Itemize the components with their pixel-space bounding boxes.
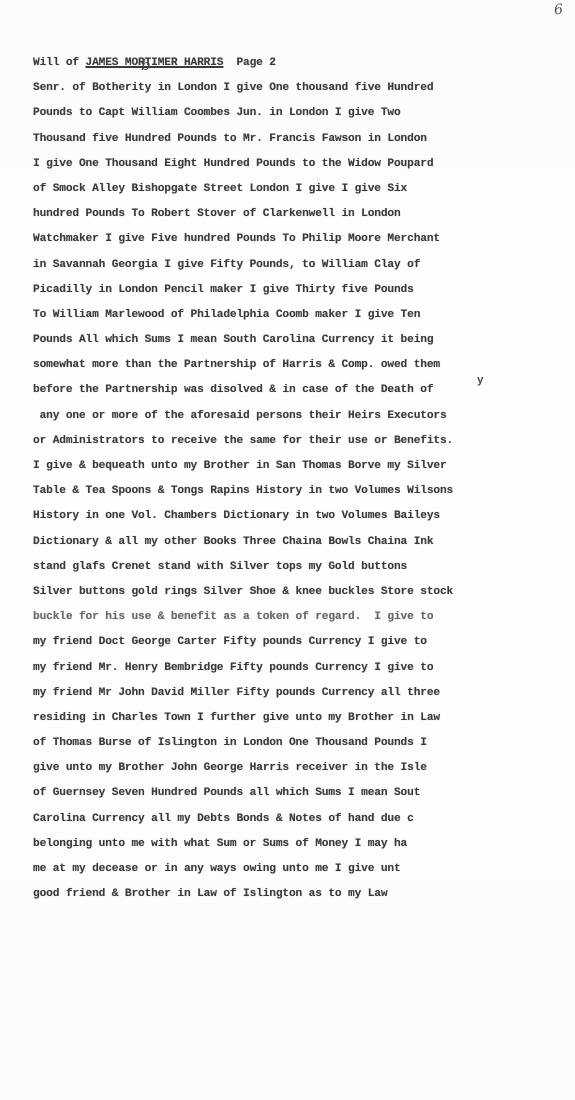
- text-line: of Smock Alley Bishopgate Street London …: [33, 177, 563, 202]
- text-line: Dictionary & all my other Books Three Ch…: [33, 530, 563, 555]
- text-line: hundred Pounds To Robert Stover of Clark…: [33, 202, 563, 227]
- text-line: of Thomas Burse of Islington in London O…: [33, 731, 563, 756]
- text-line: Carolina Currency all my Debts Bonds & N…: [33, 807, 563, 832]
- text-line: I give & bequeath unto my Brother in San…: [33, 454, 563, 479]
- text-line: Thousand five Hundred Pounds to Mr. Fran…: [33, 127, 563, 152]
- heading-prefix: Will of: [33, 57, 86, 69]
- heading-page-label: Page 2: [223, 57, 276, 69]
- handwritten-correction: b: [141, 56, 151, 74]
- text-line: belonging unto me with what Sum or Sums …: [33, 832, 563, 857]
- text-line: Pounds All which Sums I mean South Carol…: [33, 328, 563, 353]
- text-line: Pounds to Capt William Coombes Jun. in L…: [33, 101, 563, 126]
- text-line: my friend Mr. Henry Bembridge Fifty poun…: [33, 656, 563, 681]
- will-body: Senr. of Botherity in London I give One …: [33, 76, 563, 907]
- text-line: History in one Vol. Chambers Dictionary …: [33, 504, 563, 529]
- text-line: residing in Charles Town I further give …: [33, 706, 563, 731]
- text-line: Silver buttons gold rings Silver Shoe & …: [33, 580, 563, 605]
- text-line: of Guernsey Seven Hundred Pounds all whi…: [33, 781, 563, 806]
- typed-will-text: Will of JAMES MORTIMER HARRIS Page 2 Sen…: [33, 51, 563, 907]
- text-line: Table & Tea Spoons & Tongs Rapins Histor…: [33, 479, 563, 504]
- text-line: buckle for his use & benefit as a token …: [33, 605, 563, 630]
- document-heading: Will of JAMES MORTIMER HARRIS Page 2: [33, 51, 563, 76]
- text-line: my friend Doct George Carter Fifty pound…: [33, 630, 563, 655]
- text-line: give unto my Brother John George Harris …: [33, 756, 563, 781]
- text-line: any one or more of the aforesaid persons…: [33, 404, 563, 429]
- text-line: Picadilly in London Pencil maker I give …: [33, 278, 563, 303]
- text-line: stand glafs Crenet stand with Silver top…: [33, 555, 563, 580]
- testator-name: JAMES MORTIMER HARRIS: [86, 57, 224, 69]
- text-line: Watchmaker I give Five hundred Pounds To…: [33, 227, 563, 252]
- text-line: Senr. of Botherity in London I give One …: [33, 76, 563, 101]
- text-line: good friend & Brother in Law of Islingto…: [33, 882, 563, 907]
- text-line: me at my decease or in any ways owing un…: [33, 857, 563, 882]
- text-line: my friend Mr John David Miller Fifty pou…: [33, 681, 563, 706]
- text-line: or Administrators to receive the same fo…: [33, 429, 563, 454]
- handwritten-page-number: 6: [553, 2, 564, 19]
- document-page: 6 Will of JAMES MORTIMER HARRIS Page 2 S…: [0, 0, 575, 1100]
- superscript-correction: y: [477, 375, 484, 387]
- text-line: in Savannah Georgia I give Fifty Pounds,…: [33, 253, 563, 278]
- text-line: To William Marlewood of Philadelphia Coo…: [33, 303, 563, 328]
- text-line: I give One Thousand Eight Hundred Pounds…: [33, 152, 563, 177]
